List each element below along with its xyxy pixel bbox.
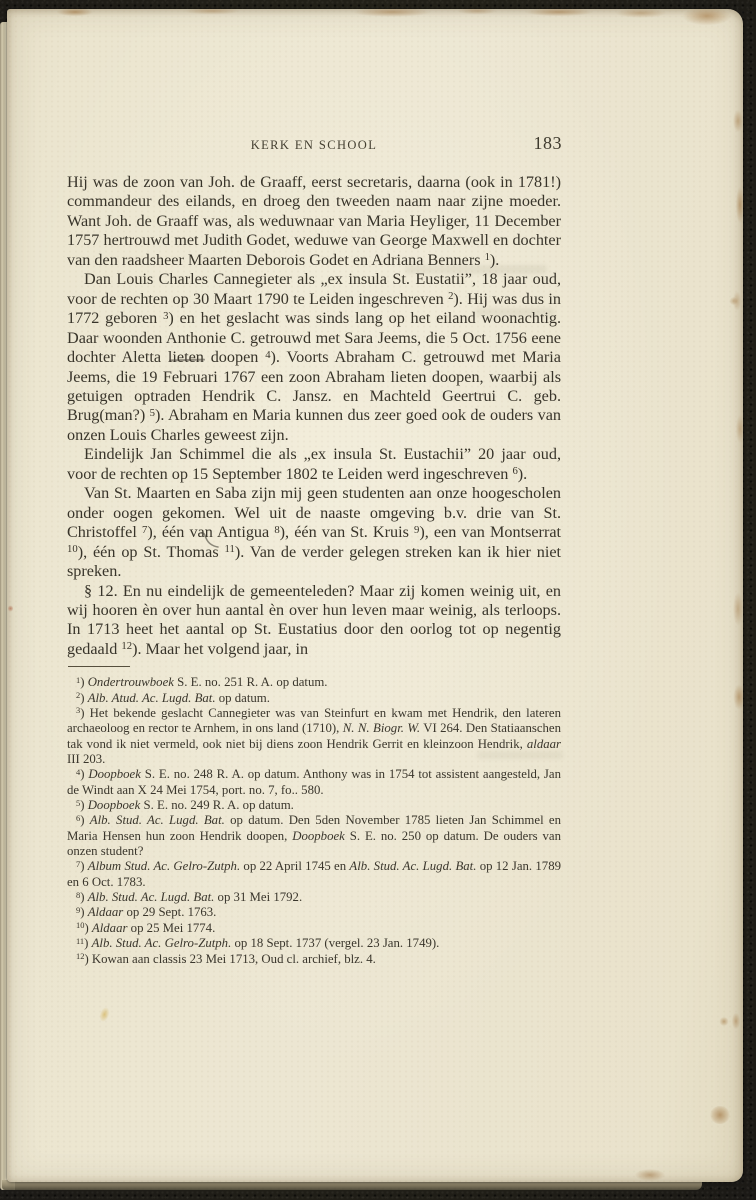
footnote-8: 8) Alb. Stud. Ac. Lugd. Bat. op 31 Mei 1… <box>67 890 561 905</box>
pencil-checkmark <box>197 531 223 551</box>
paragraph-5: § 12. En nu eindelijk de gemeenteleden? … <box>67 582 561 660</box>
footnote-11: 11) Alb. Stud. Ac. Gelro-Zutph. op 18 Se… <box>67 936 561 951</box>
foxing-stains-top <box>7 9 743 27</box>
footnote-10: 10) Aldaar op 25 Mei 1774. <box>67 921 561 936</box>
book-page: KERK EN SCHOOL 183 Hij was de zoon van J… <box>7 9 743 1182</box>
footnote-5: 5) Doopboek S. E. no. 249 R. A. op datum… <box>67 798 561 813</box>
foxing-stains-right <box>723 9 743 1182</box>
paragraph-4: Van St. Maarten en Saba zijn mij geen st… <box>67 484 561 581</box>
running-header: KERK EN SCHOOL 183 <box>66 133 562 159</box>
footnote-7: 7) Album Stud. Ac. Gelro-Zutph. op 22 Ap… <box>67 859 561 890</box>
footnote-3: 3) Het bekende geslacht Cannegieter was … <box>67 706 561 767</box>
footnote-6: 6) Alb. Stud. Ac. Lugd. Bat. op datum. D… <box>67 813 561 859</box>
stain <box>710 1106 730 1124</box>
running-header-title: KERK EN SCHOOL <box>66 138 562 153</box>
scan-background: KERK EN SCHOOL 183 Hij was de zoon van J… <box>0 0 756 1200</box>
footnote-4: 4) Doopboek S. E. no. 248 R. A. op datum… <box>67 767 561 798</box>
footnote-1: 1) Ondertrouwboek S. E. no. 251 R. A. op… <box>67 675 561 690</box>
stain <box>719 1017 729 1026</box>
stain <box>635 1169 665 1181</box>
paragraph-1: Hij was de zoon van Joh. de Graaff, eers… <box>67 173 561 270</box>
paragraph-2: Dan Louis Charles Cannegieter als „ex in… <box>67 270 561 445</box>
stain <box>729 297 738 305</box>
footnote-9: 9) Aldaar op 29 Sept. 1763. <box>67 905 561 920</box>
page-number: 183 <box>534 133 563 154</box>
footnotes: 1) Ondertrouwboek S. E. no. 251 R. A. op… <box>67 675 561 967</box>
body-text: Hij was de zoon van Joh. de Graaff, eers… <box>67 173 561 967</box>
pencil-mark-yellow <box>98 1006 111 1023</box>
footnote-separator-rule <box>68 666 130 667</box>
stain <box>8 605 13 612</box>
footnote-12: 12) Kowan aan classis 23 Mei 1713, Oud c… <box>67 952 561 967</box>
paragraph-3: Eindelijk Jan Schimmel die als „ex insul… <box>67 445 561 484</box>
footnote-2: 2) Alb. Atud. Ac. Lugd. Bat. op datum. <box>67 691 561 706</box>
